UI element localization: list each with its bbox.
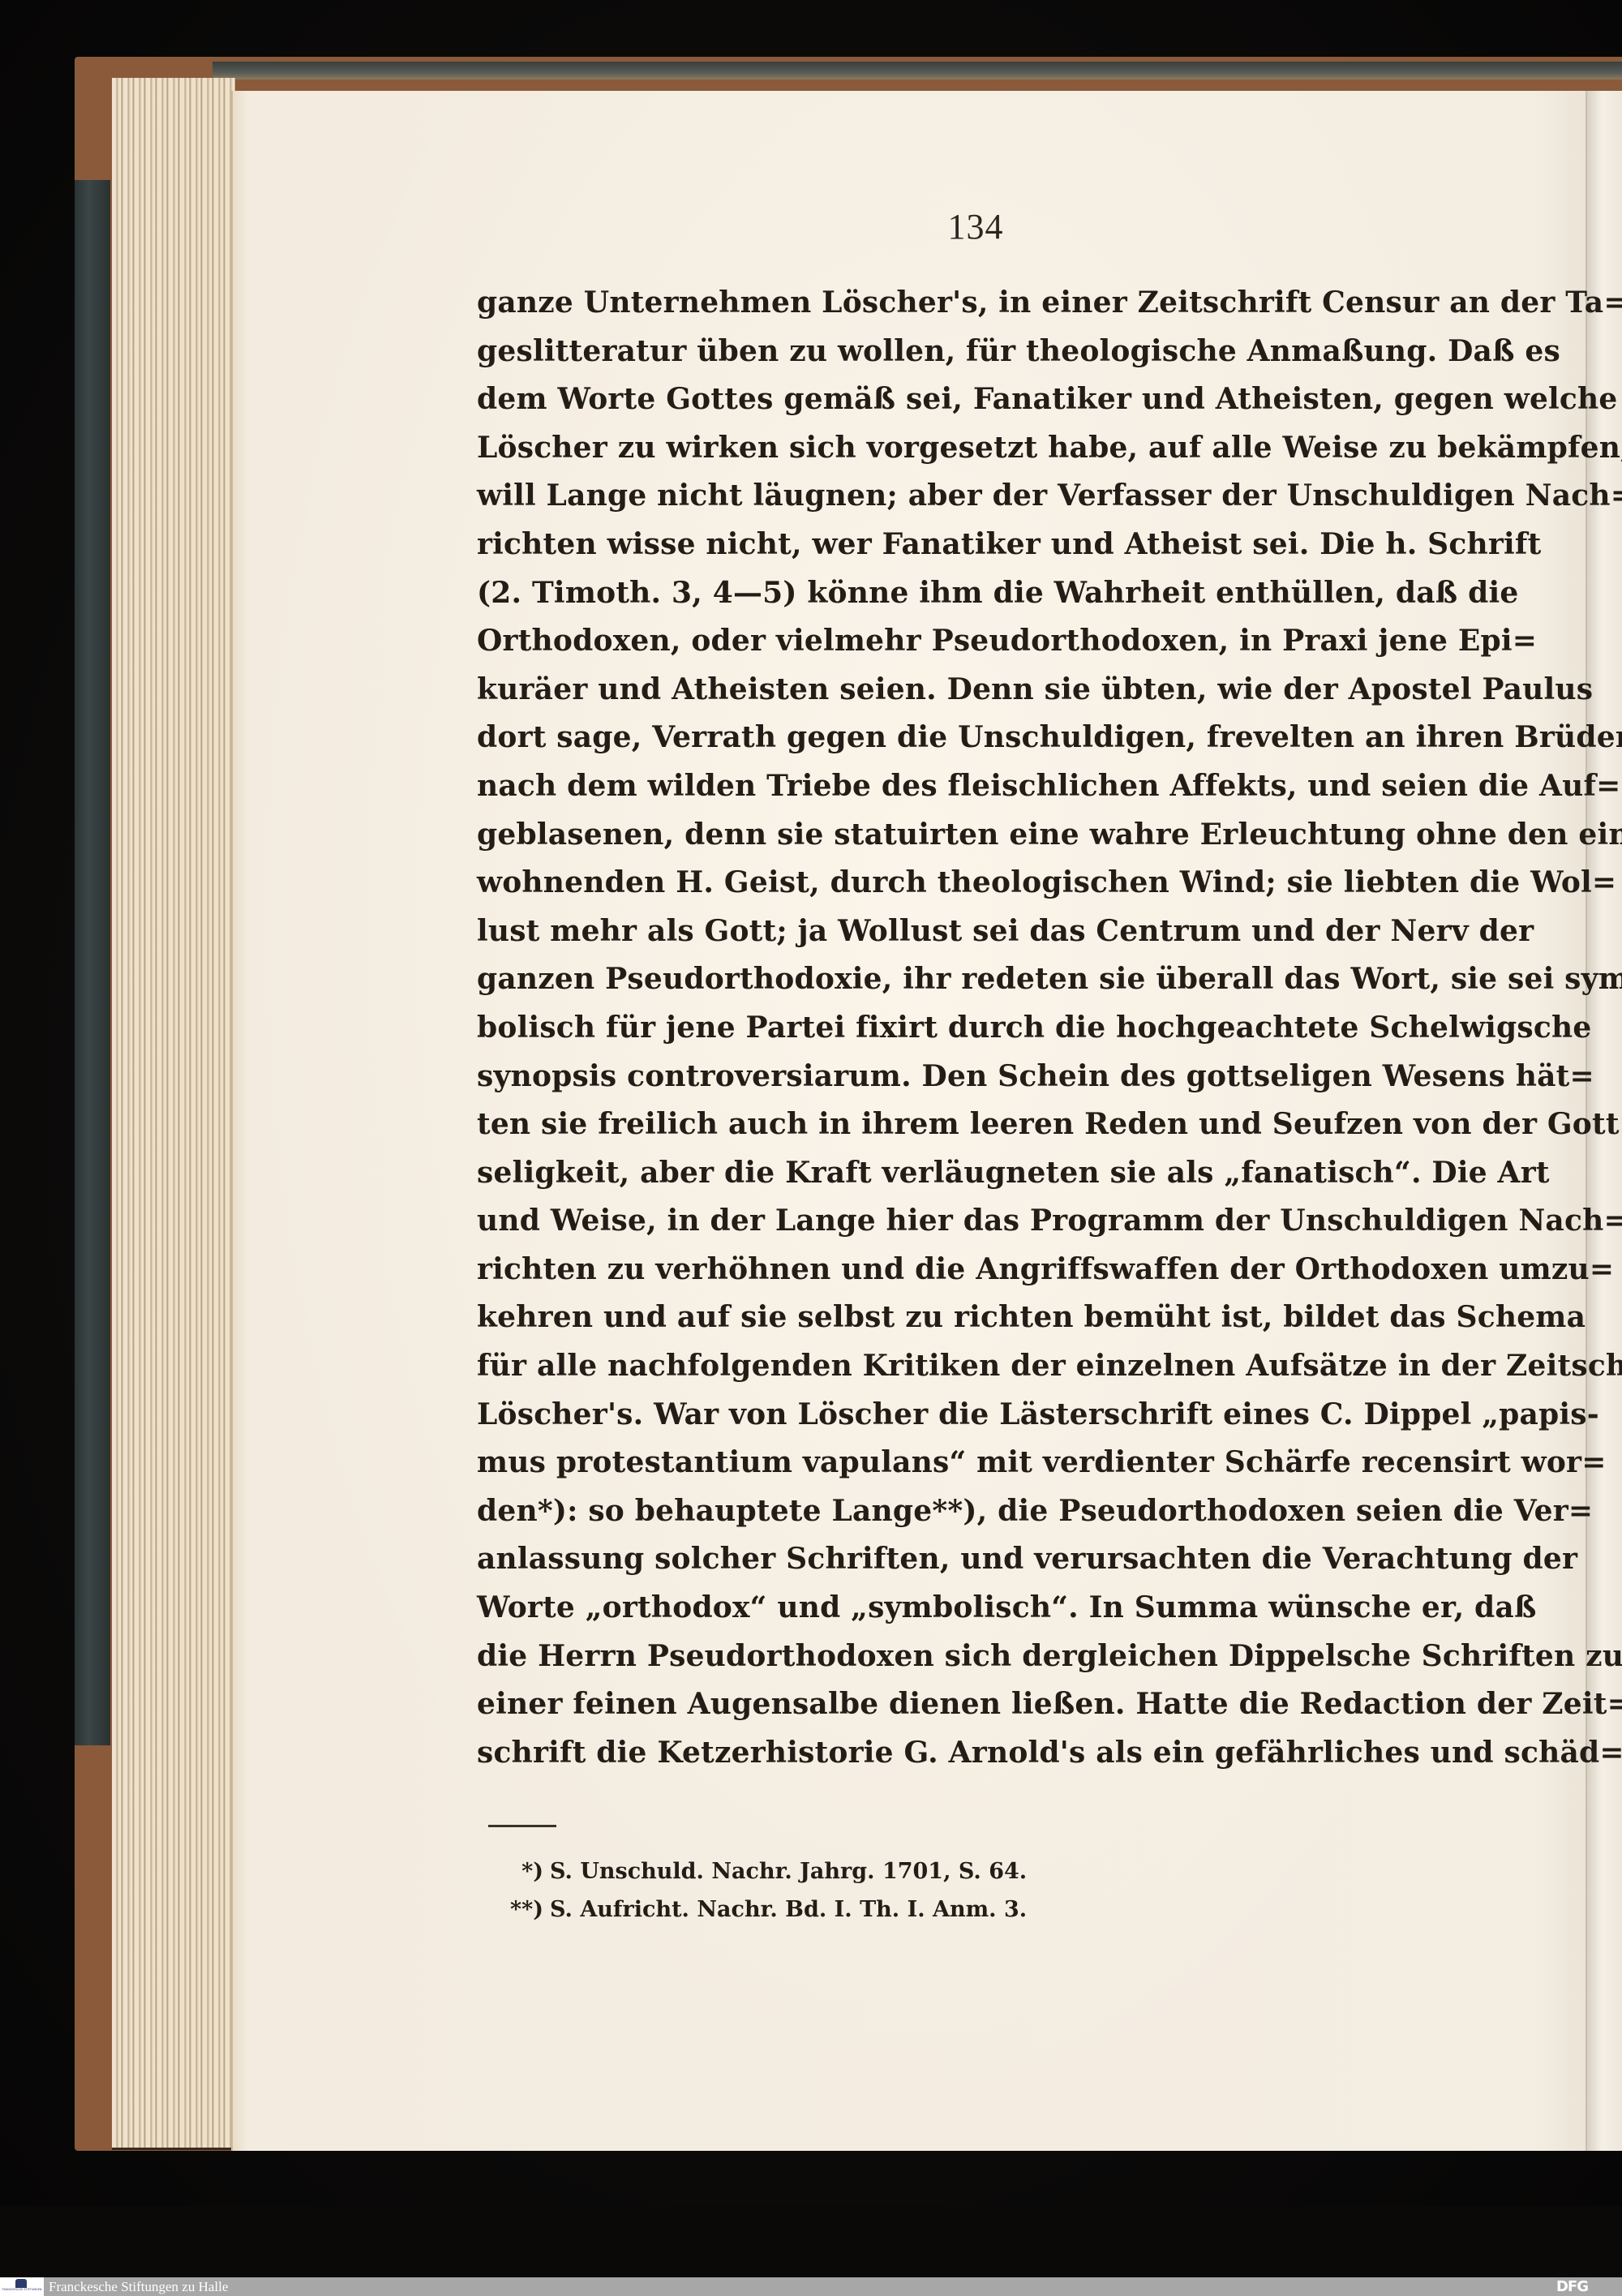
book-cover-marbled-board bbox=[75, 180, 110, 1745]
footnote-1: *)S. Unschuld. Nachr. Jahrg. 1701, S. 64… bbox=[501, 1852, 1231, 1890]
footnote-separator-rule bbox=[488, 1825, 556, 1827]
text-line: lust mehr als Gott; ja Wollust sei das C… bbox=[477, 908, 1483, 956]
text-line: ten sie freilich auch in ihrem leeren Re… bbox=[477, 1101, 1483, 1149]
franckesche-stiftungen-logo: FRANCKESCHE STIFTUNGEN bbox=[0, 2277, 44, 2296]
text-line: synopsis controversiarum. Den Schein des… bbox=[477, 1053, 1483, 1101]
text-line: bolisch für jene Partei fixirt durch die… bbox=[477, 1004, 1483, 1053]
footnote-mark: **) bbox=[501, 1890, 543, 1929]
text-line: kuräer und Atheisten seien. Denn sie übt… bbox=[477, 666, 1483, 715]
text-line: kehren und auf sie selbst zu richten bem… bbox=[477, 1294, 1483, 1342]
body-text: ganze Unternehmen Löscher's, in einer Ze… bbox=[477, 279, 1483, 1777]
footnotes: *)S. Unschuld. Nachr. Jahrg. 1701, S. 64… bbox=[501, 1852, 1231, 1929]
institution-name: Franckesche Stiftungen zu Halle bbox=[49, 2277, 228, 2296]
text-line: anlassung solcher Schriften, und verursa… bbox=[477, 1535, 1483, 1584]
logo-text: FRANCKESCHE STIFTUNGEN bbox=[1, 2288, 43, 2291]
text-line: und Weise, in der Lange hier das Program… bbox=[477, 1197, 1483, 1246]
text-line: Orthodoxen, oder vielmehr Pseudorthodoxe… bbox=[477, 617, 1483, 666]
text-line: (2. Timoth. 3, 4—5) könne ihm die Wahrhe… bbox=[477, 569, 1483, 618]
text-line: geblasenen, denn sie statuirten eine wah… bbox=[477, 811, 1483, 860]
text-line: die Herrn Pseudorthodoxen sich dergleich… bbox=[477, 1633, 1483, 1681]
text-line: Löscher zu wirken sich vorgesetzt habe, … bbox=[477, 424, 1483, 473]
footer-gray-band bbox=[44, 2277, 1622, 2296]
text-line: nach dem wilden Triebe des fleischlichen… bbox=[477, 762, 1483, 811]
text-line: richten wisse nicht, wer Fanatiker und A… bbox=[477, 521, 1483, 569]
text-line: dem Worte Gottes gemäß sei, Fanatiker un… bbox=[477, 376, 1483, 424]
dfg-logo: DFG bbox=[1556, 2280, 1588, 2294]
text-line: einer feinen Augensalbe dienen ließen. H… bbox=[477, 1680, 1483, 1729]
text-line: geslitteratur üben zu wollen, für theolo… bbox=[477, 328, 1483, 376]
text-line: Worte „orthodox“ und „symbolisch“. In Su… bbox=[477, 1584, 1483, 1633]
text-line: für alle nachfolgenden Kritiken der einz… bbox=[477, 1342, 1483, 1391]
text-line: ganze Unternehmen Löscher's, in einer Ze… bbox=[477, 279, 1483, 328]
text-line: will Lange nicht läugnen; aber der Verfa… bbox=[477, 472, 1483, 521]
footnote-mark: *) bbox=[501, 1852, 543, 1890]
footer-bar: FRANCKESCHE STIFTUNGEN Franckesche Stift… bbox=[0, 2277, 1622, 2296]
text-line: den*): so behauptete Lange**), die Pseud… bbox=[477, 1487, 1483, 1536]
logo-figure-icon bbox=[15, 2279, 27, 2288]
text-line: ganzen Pseudorthodoxie, ihr redeten sie … bbox=[477, 955, 1483, 1004]
text-line: wohnenden H. Geist, durch theologischen … bbox=[477, 859, 1483, 908]
text-line: Löscher's. War von Löscher die Lästersch… bbox=[477, 1391, 1483, 1440]
footnote-2: **)S. Aufricht. Nachr. Bd. I. Th. I. Anm… bbox=[501, 1890, 1231, 1929]
stacked-page-edges bbox=[112, 78, 235, 2150]
text-line: dort sage, Verrath gegen die Unschuldige… bbox=[477, 714, 1483, 762]
footnote-text: S. Unschuld. Nachr. Jahrg. 1701, S. 64. bbox=[550, 1859, 1027, 1884]
text-line: schrift die Ketzerhistorie G. Arnold's a… bbox=[477, 1729, 1483, 1778]
text-line: richten zu verhöhnen und die Angriffswaf… bbox=[477, 1246, 1483, 1294]
footnote-text: S. Aufricht. Nachr. Bd. I. Th. I. Anm. 3… bbox=[550, 1897, 1027, 1922]
page-number: 134 bbox=[943, 206, 1008, 247]
text-line: seligkeit, aber die Kraft verläugneten s… bbox=[477, 1149, 1483, 1198]
text-line: mus protestantium vapulans“ mit verdient… bbox=[477, 1439, 1483, 1487]
book-cover-top-edge bbox=[212, 62, 1622, 79]
